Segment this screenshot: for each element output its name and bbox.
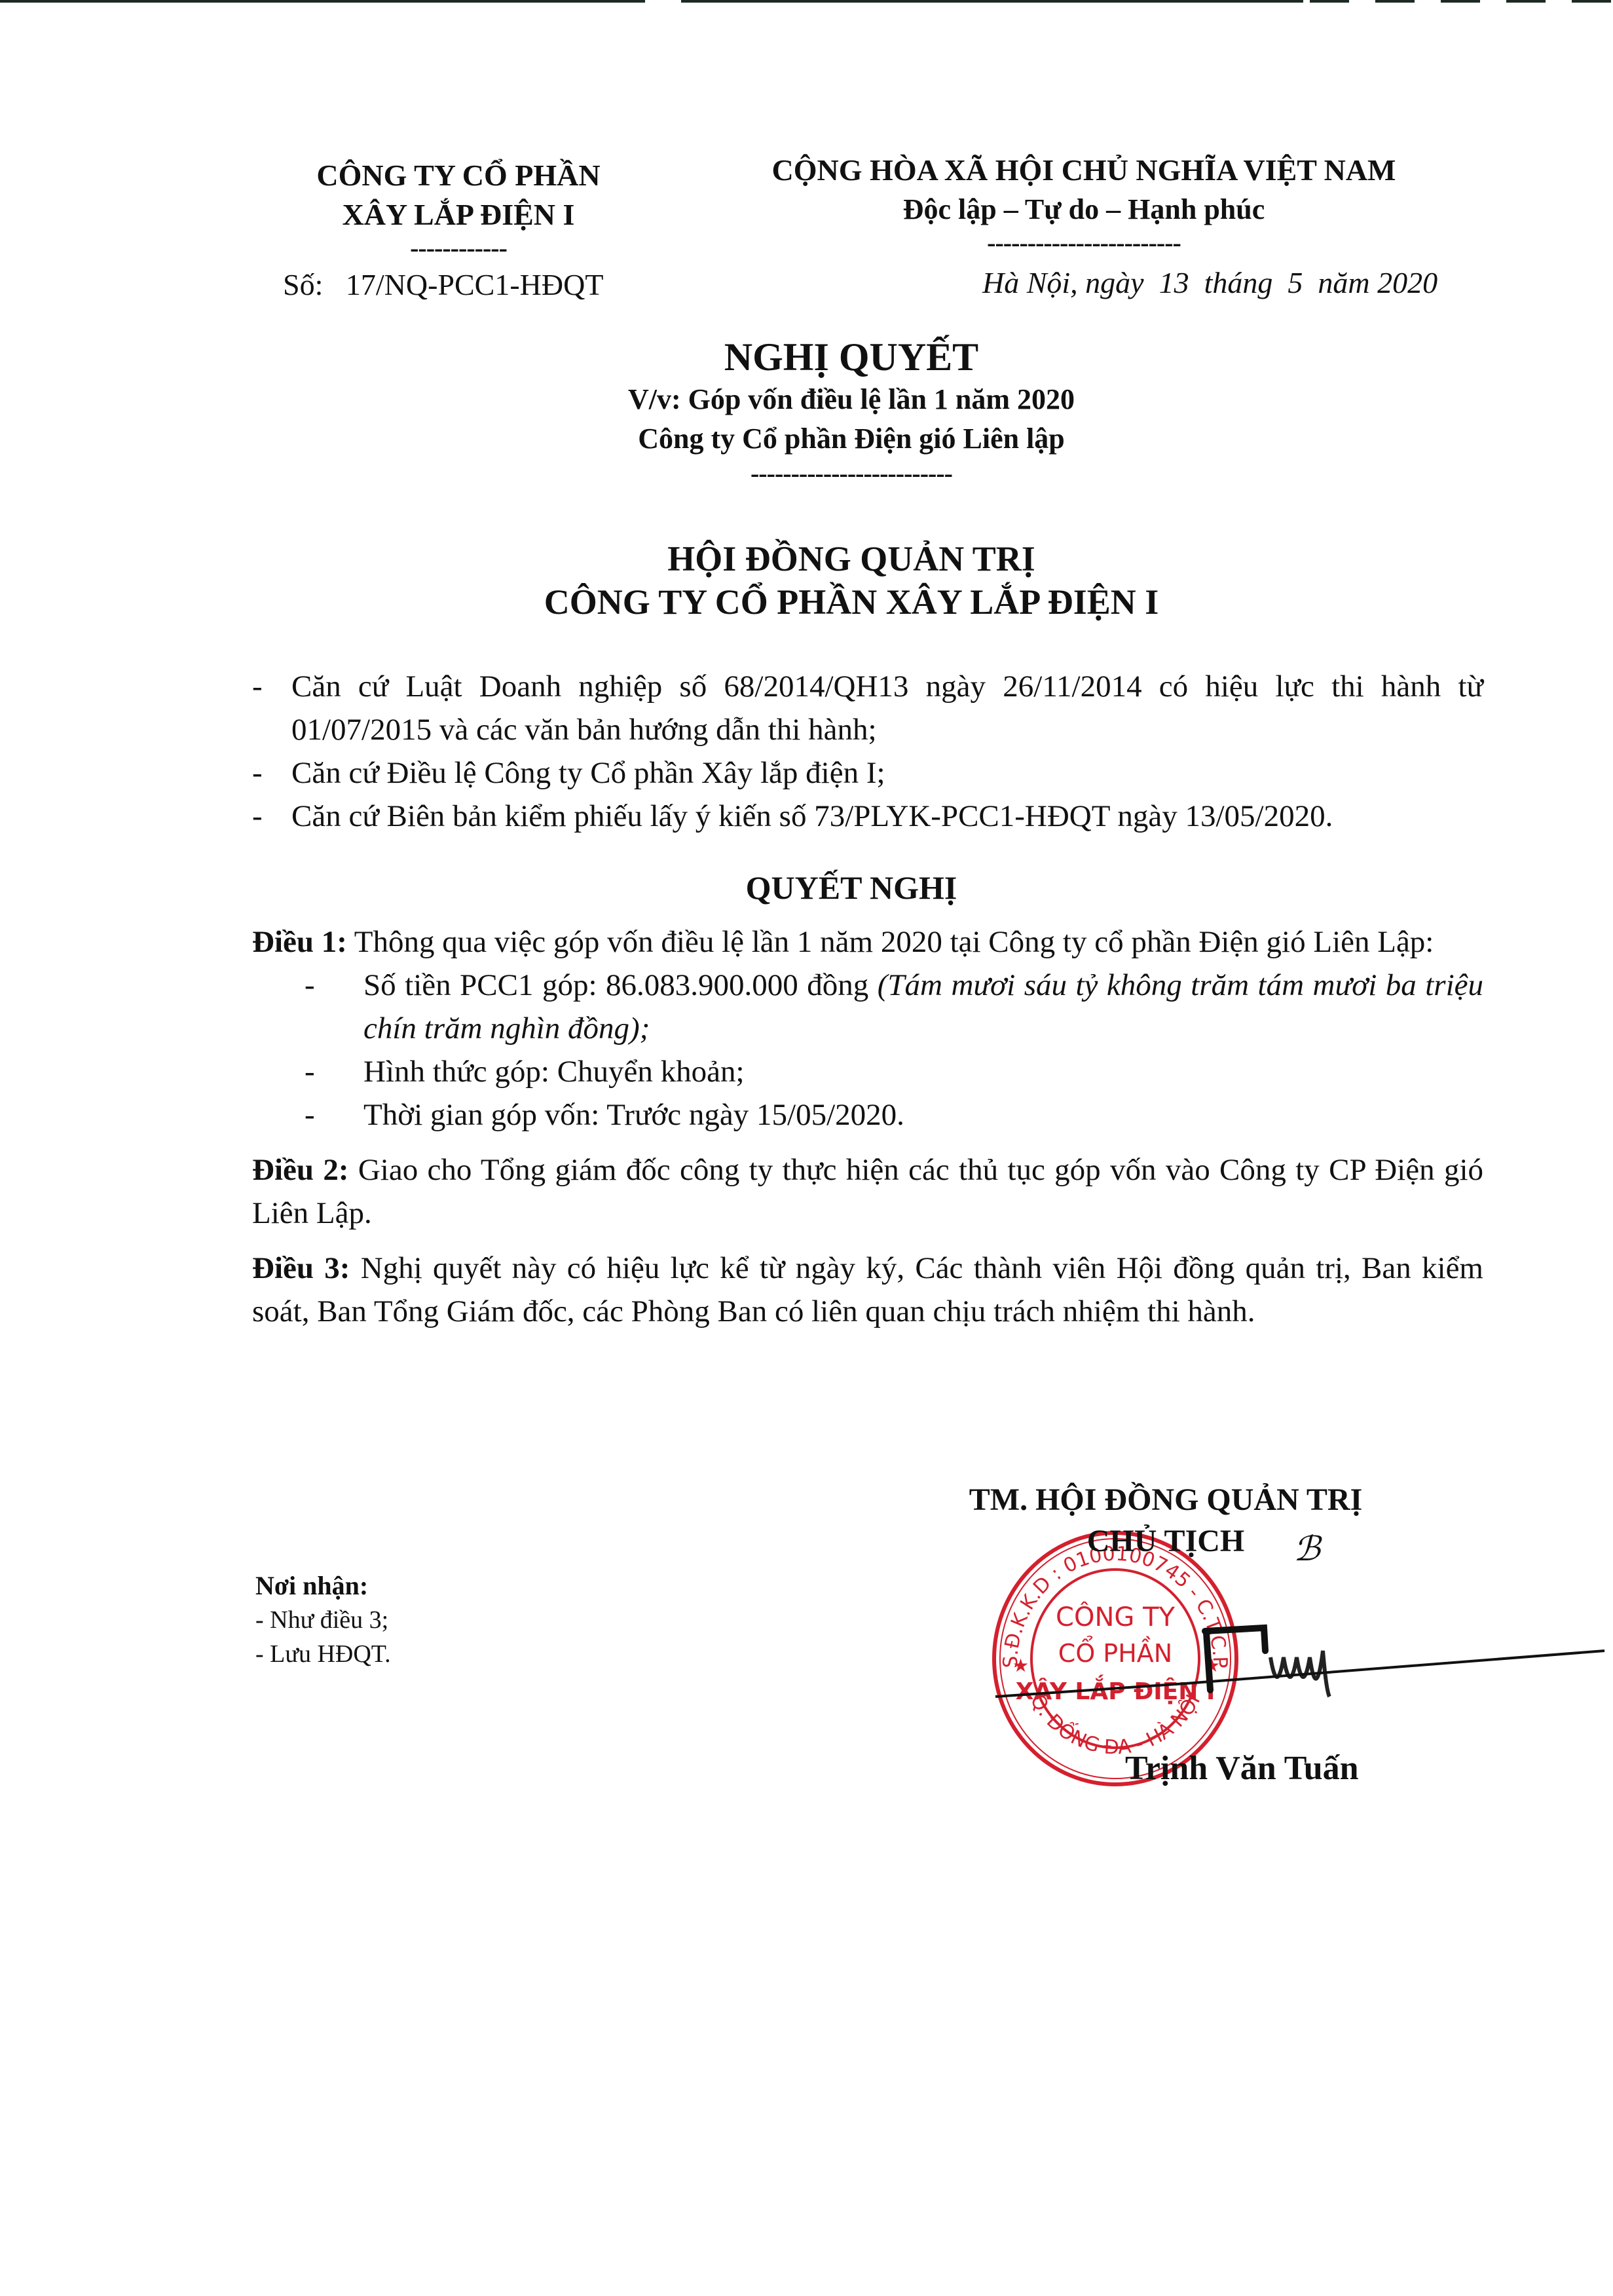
- legal-basis-item: - Căn cứ Điều lệ Công ty Cổ phần Xây lắp…: [252, 751, 1483, 795]
- recipients-block: Nơi nhận: - Như điều 3; - Lưu HĐQT.: [255, 1569, 391, 1671]
- legal-basis-item: - Căn cứ Biên bản kiểm phiếu lấy ý kiến …: [252, 795, 1483, 838]
- article-1-item: - Thời gian góp vốn: Trước ngày 15/05/20…: [252, 1093, 1483, 1137]
- issuer-block: HỘI ĐỒNG QUẢN TRỊ CÔNG TY CỔ PHẦN XÂY LẮ…: [393, 537, 1310, 624]
- title-separator: -------------------------: [458, 464, 1244, 483]
- issuer-line1: HỘI ĐỒNG QUẢN TRỊ: [393, 537, 1310, 580]
- subject-line1: V/v: Góp vốn điều lệ lần 1 năm 2020: [458, 380, 1244, 419]
- article-1: Điều 1: Thông qua việc góp vốn điều lệ l…: [252, 920, 1483, 964]
- recipients-heading: Nơi nhận:: [255, 1569, 391, 1603]
- header-right: CỘNG HÒA XÃ HỘI CHỦ NGHĨA VIỆT NAM Độc l…: [707, 151, 1460, 253]
- signature-on-behalf: TM. HỘI ĐỒNG QUẢN TRỊ: [917, 1482, 1415, 1518]
- document-title: NGHỊ QUYẾT: [458, 334, 1244, 380]
- resolution-heading: QUYẾT NGHỊ: [458, 866, 1244, 909]
- article-1-item: - Số tiền PCC1 góp: 86.083.900.000 đồng …: [252, 964, 1483, 1050]
- company-name-line1: CÔNG TY CỔ PHẦN: [255, 156, 661, 195]
- document-number: Số: 17/NQ-PCC1-HĐQT: [283, 267, 603, 302]
- signature-position: CHỦ TỊCH: [917, 1523, 1415, 1559]
- recipient-item: - Lưu HĐQT.: [255, 1637, 391, 1671]
- articles: Điều 1: Thông qua việc góp vốn điều lệ l…: [252, 920, 1483, 1333]
- scan-edge-bar-mid: [681, 0, 1303, 3]
- header-right-separator: ------------------------: [707, 233, 1460, 253]
- subject-line2: Công ty Cổ phần Điện gió Liên lập: [458, 419, 1244, 459]
- header-left-separator: ------------: [255, 238, 661, 258]
- issuer-line2: CÔNG TY CỔ PHẦN XÂY LẮP ĐIỆN I: [393, 580, 1310, 624]
- scan-edge-bar-left: [0, 0, 645, 3]
- signer-name: Trịnh Văn Tuấn: [1125, 1749, 1359, 1788]
- initial-mark: ℬ: [1293, 1530, 1320, 1569]
- handwritten-signature: [989, 1611, 1611, 1716]
- article-1-item: - Hình thức góp: Chuyển khoản;: [252, 1050, 1483, 1093]
- legal-bases: - Căn cứ Luật Doanh nghiệp số 68/2014/QH…: [252, 665, 1483, 838]
- national-motto: Độc lập – Tự do – Hạnh phúc: [707, 190, 1460, 229]
- recipient-item: - Như điều 3;: [255, 1603, 391, 1637]
- legal-basis-item: - Căn cứ Luật Doanh nghiệp số 68/2014/QH…: [252, 665, 1483, 751]
- place-and-date: Hà Nội, ngày 13 tháng 5 năm 2020: [982, 265, 1437, 300]
- scan-edge-bar-right: [1310, 0, 1611, 3]
- article-2: Điều 2: Giao cho Tổng giám đốc công ty t…: [252, 1148, 1483, 1235]
- title-block: NGHỊ QUYẾT V/v: Góp vốn điều lệ lần 1 nă…: [458, 334, 1244, 483]
- header-left: CÔNG TY CỔ PHẦN XÂY LẮP ĐIỆN I ---------…: [255, 156, 661, 258]
- article-3: Điều 3: Nghị quyết này có hiệu lực kể từ…: [252, 1247, 1483, 1333]
- company-name-line2: XÂY LẮP ĐIỆN I: [255, 195, 661, 235]
- nation-name: CỘNG HÒA XÃ HỘI CHỦ NGHĨA VIỆT NAM: [707, 151, 1460, 190]
